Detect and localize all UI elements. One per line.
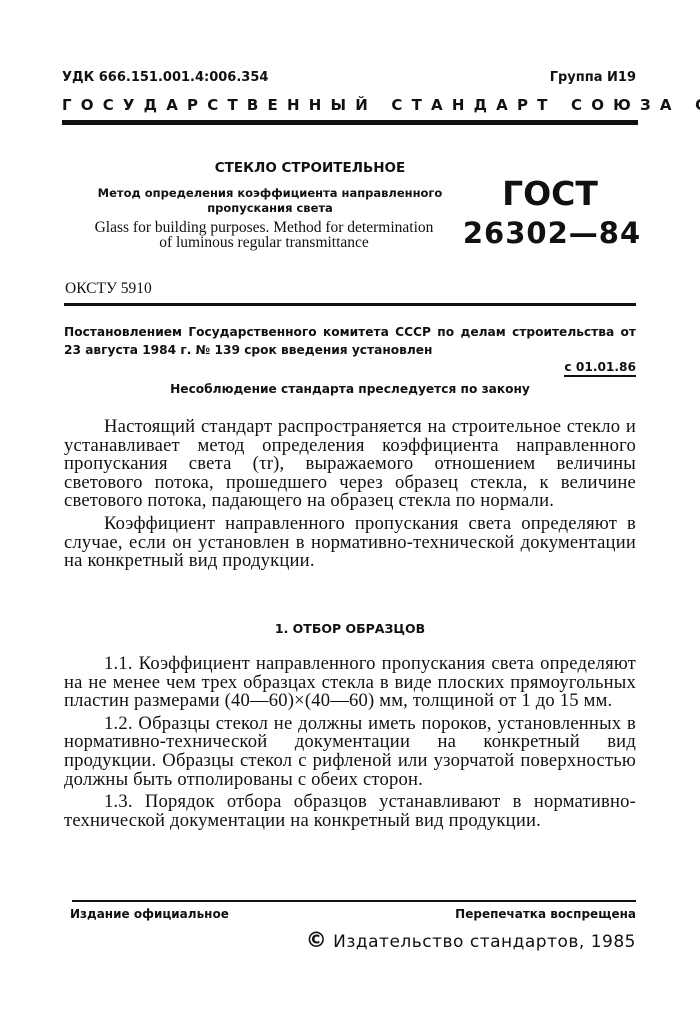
clause-1-2: 1.2. Образцы стекол не должны иметь поро…	[64, 715, 636, 789]
copyright-icon: ©	[306, 928, 328, 952]
title-rule	[64, 303, 636, 306]
clause-1-1: 1.1. Коэффициент направленного пропускан…	[64, 655, 636, 711]
gost-number: 26302—84	[462, 216, 642, 250]
group-code: Группа И19	[550, 70, 636, 85]
enforcement-notice: Несоблюдение стандарта преследуется по з…	[64, 382, 636, 396]
copyright-line: © Издательство стандартов, 1985	[306, 928, 636, 952]
state-standard-banner: ГОСУДАРСТВЕННЫЙ СТАНДАРТ СОЮЗА ССР	[62, 96, 638, 114]
section-1-body: 1.1. Коэффициент направленного пропускан…	[64, 655, 636, 830]
subtitle-en-line1: Glass for building purposes. Method for …	[64, 220, 464, 235]
banner-rule	[62, 120, 638, 125]
document-subtitle-ru: Метод определения коэффициента направлен…	[70, 186, 470, 216]
copyright-text: Издательство стандартов, 1985	[333, 932, 636, 952]
gost-label: ГОСТ	[470, 176, 630, 212]
decree-line1: Постановлением Государственного комитета…	[64, 323, 636, 341]
effective-date: с 01.01.86	[564, 359, 636, 377]
document-subtitle-en: Glass for building purposes. Method for …	[64, 220, 464, 250]
subtitle-ru-line2: пропускания света	[70, 201, 470, 216]
intro-section: Настоящий стандарт распространяется на с…	[64, 418, 636, 571]
subtitle-ru-line1: Метод определения коэффициента направлен…	[70, 186, 470, 201]
intro-paragraph: Коэффициент направленного пропускания св…	[64, 515, 636, 571]
clause-1-3: 1.3. Порядок отбора образцов устанавлива…	[64, 793, 636, 830]
footer-rule	[72, 900, 636, 902]
udk-code: УДК 666.151.001.4:006.354	[62, 70, 268, 85]
section-heading: 1. ОТБОР ОБРАЗЦОВ	[64, 621, 636, 636]
intro-paragraph: Настоящий стандарт распространяется на с…	[64, 418, 636, 511]
document-title: СТЕКЛО СТРОИТЕЛЬНОЕ	[140, 160, 480, 176]
subtitle-en-line2: of luminous regular transmittance	[64, 235, 464, 250]
decree-line2: 23 августа 1984 г. № 139 срок введения у…	[64, 341, 432, 359]
official-edition: Издание официальное	[70, 907, 229, 921]
okstu-code: ОКСТУ 5910	[65, 280, 152, 298]
reprint-prohibited: Перепечатка воспрещена	[455, 907, 636, 921]
